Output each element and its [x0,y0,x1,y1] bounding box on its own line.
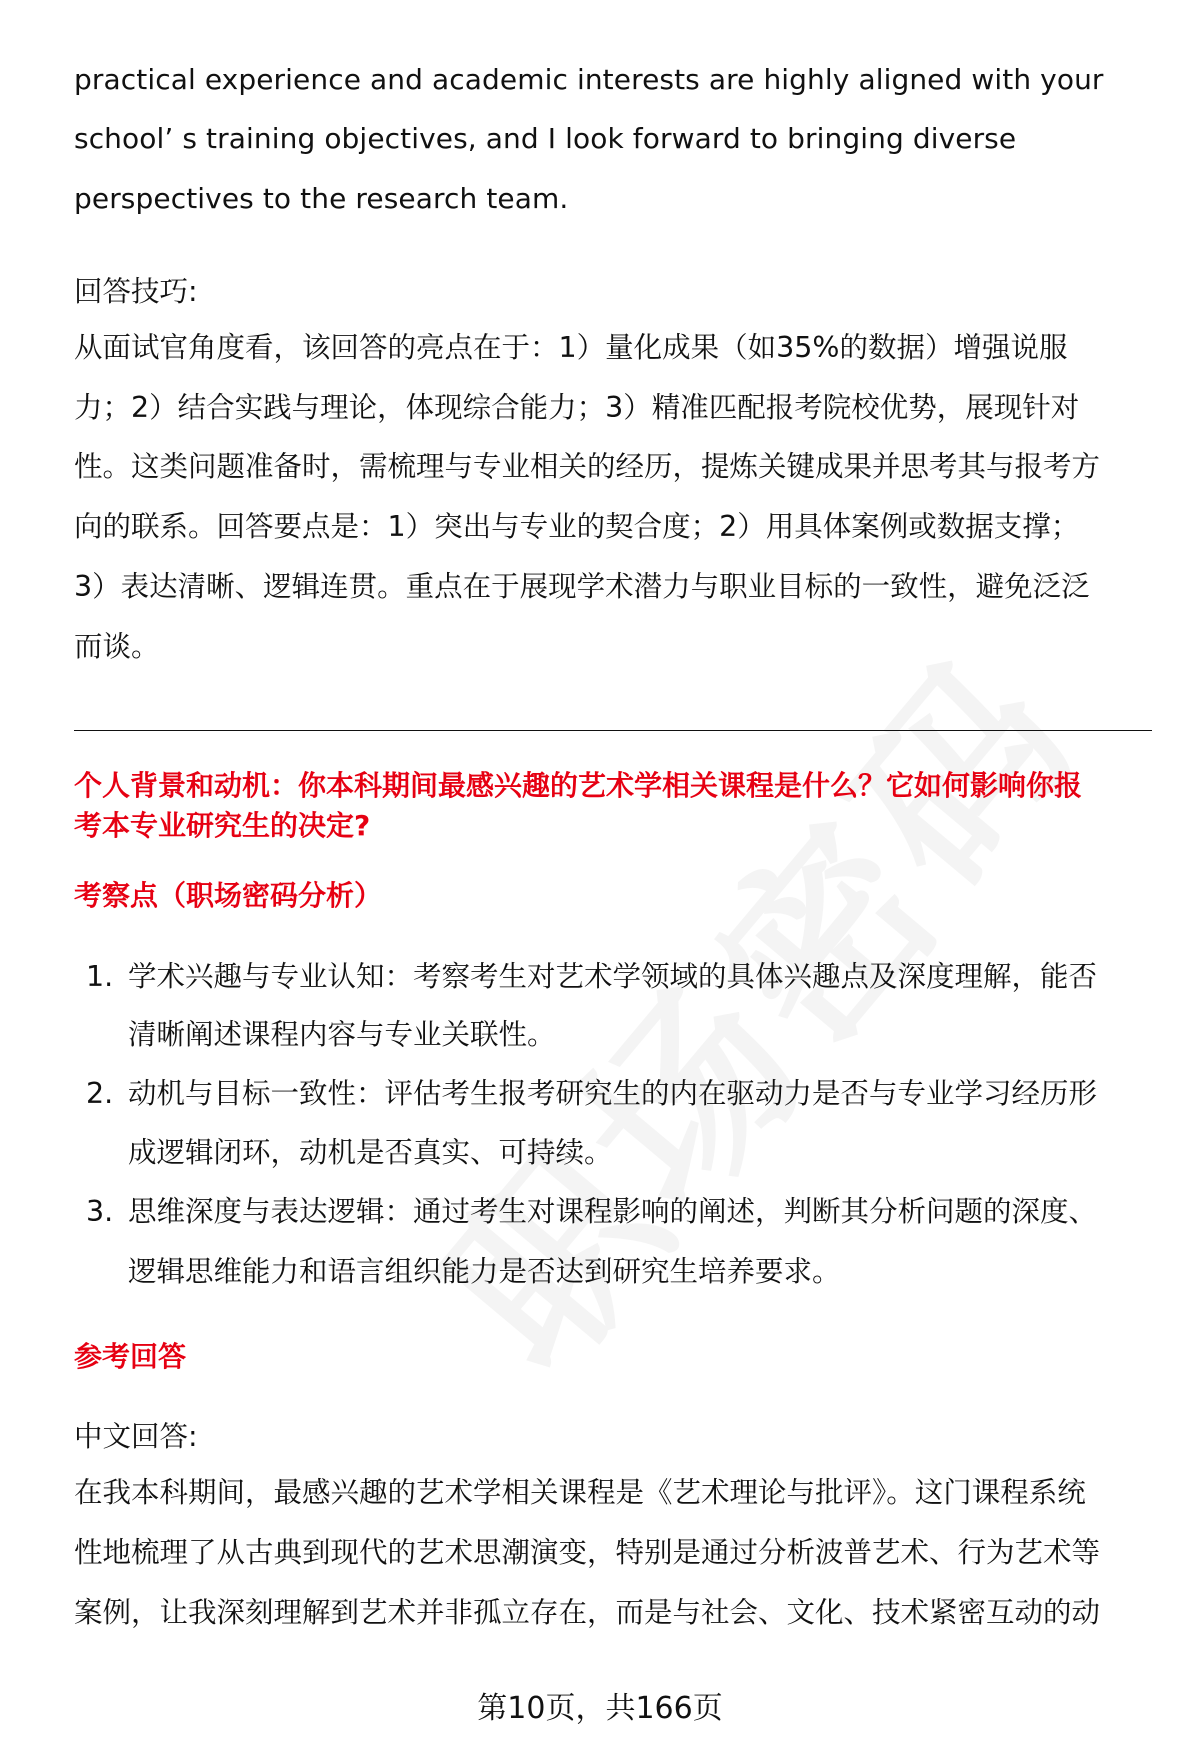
list-item-number: 2. [86,1074,113,1114]
list-item-text: 思维深度与表达逻辑：通过考生对课程影响的阐述，判断其分析问题的深度、 [128,1192,1097,1232]
list-item-text: 成逻辑闭环，动机是否真实、可持续。 [128,1133,613,1173]
answer-tips-label: 回答技巧: [74,272,198,312]
section-divider [74,730,1152,731]
list-item-text: 逻辑思维能力和语言组织能力是否达到研究生培养要求。 [128,1252,841,1292]
document-page: 职场密码 practical experience and academic i… [0,0,1200,1755]
paragraph-line: 力；2）结合实践与理论，体现综合能力；3）精准匹配报考院校优势，展现针对 [74,388,1079,428]
list-item-number: 3. [86,1192,113,1232]
paragraph-line: 向的联系。回答要点是：1）突出与专业的契合度；2）用具体案例或数据支撑； [74,507,1079,547]
paragraph-line: 案例，让我深刻理解到艺术并非孤立存在，而是与社会、文化、技术紧密互动的动 [74,1593,1100,1633]
paragraph-line: 性地梳理了从古典到现代的艺术思潮演变，特别是通过分析波普艺术、行为艺术等 [74,1533,1100,1573]
paragraph-line: 从面试官角度看，该回答的亮点在于：1）量化成果（如35%的数据）增强说服 [74,328,1067,368]
chinese-answer-label: 中文回答: [74,1417,198,1457]
paragraph-line: 在我本科期间，最感兴趣的艺术学相关课程是《艺术理论与批评》。这门课程系统 [74,1473,1086,1513]
reference-answer-heading: 参考回答 [74,1337,186,1377]
question-heading-line: 个人背景和动机：你本科期间最感兴趣的艺术学相关课程是什么？它如何影响你报 [74,766,1082,806]
analysis-heading: 考察点（职场密码分析） [74,876,382,916]
list-item-text: 清晰阐述课程内容与专业关联性。 [128,1015,556,1055]
list-item-number: 1. [86,957,113,997]
paragraph-line: 性。这类问题准备时，需梳理与专业相关的经历，提炼关键成果并思考其与报考方 [74,447,1100,487]
list-item-text: 学术兴趣与专业认知：考察考生对艺术学领域的具体兴趣点及深度理解，能否 [128,957,1097,997]
paragraph-line: perspectives to the research team. [74,179,568,219]
watermark-text: 职场密码 [370,590,1130,1418]
page-indicator: 第10页，共166页 [0,1689,1200,1729]
question-heading-line: 考本专业研究生的决定? [74,806,370,846]
paragraph-line: 而谈。 [74,627,160,667]
paragraph-line: 3）表达清晰、逻辑连贯。重点在于展现学术潜力与职业目标的一致性，避免泛泛 [74,567,1090,607]
list-item-text: 动机与目标一致性：评估考生报考研究生的内在驱动力是否与专业学习经历形 [128,1074,1097,1114]
paragraph-line: practical experience and academic intere… [74,60,1104,100]
paragraph-line: school’ s training objectives, and I loo… [74,119,1016,159]
